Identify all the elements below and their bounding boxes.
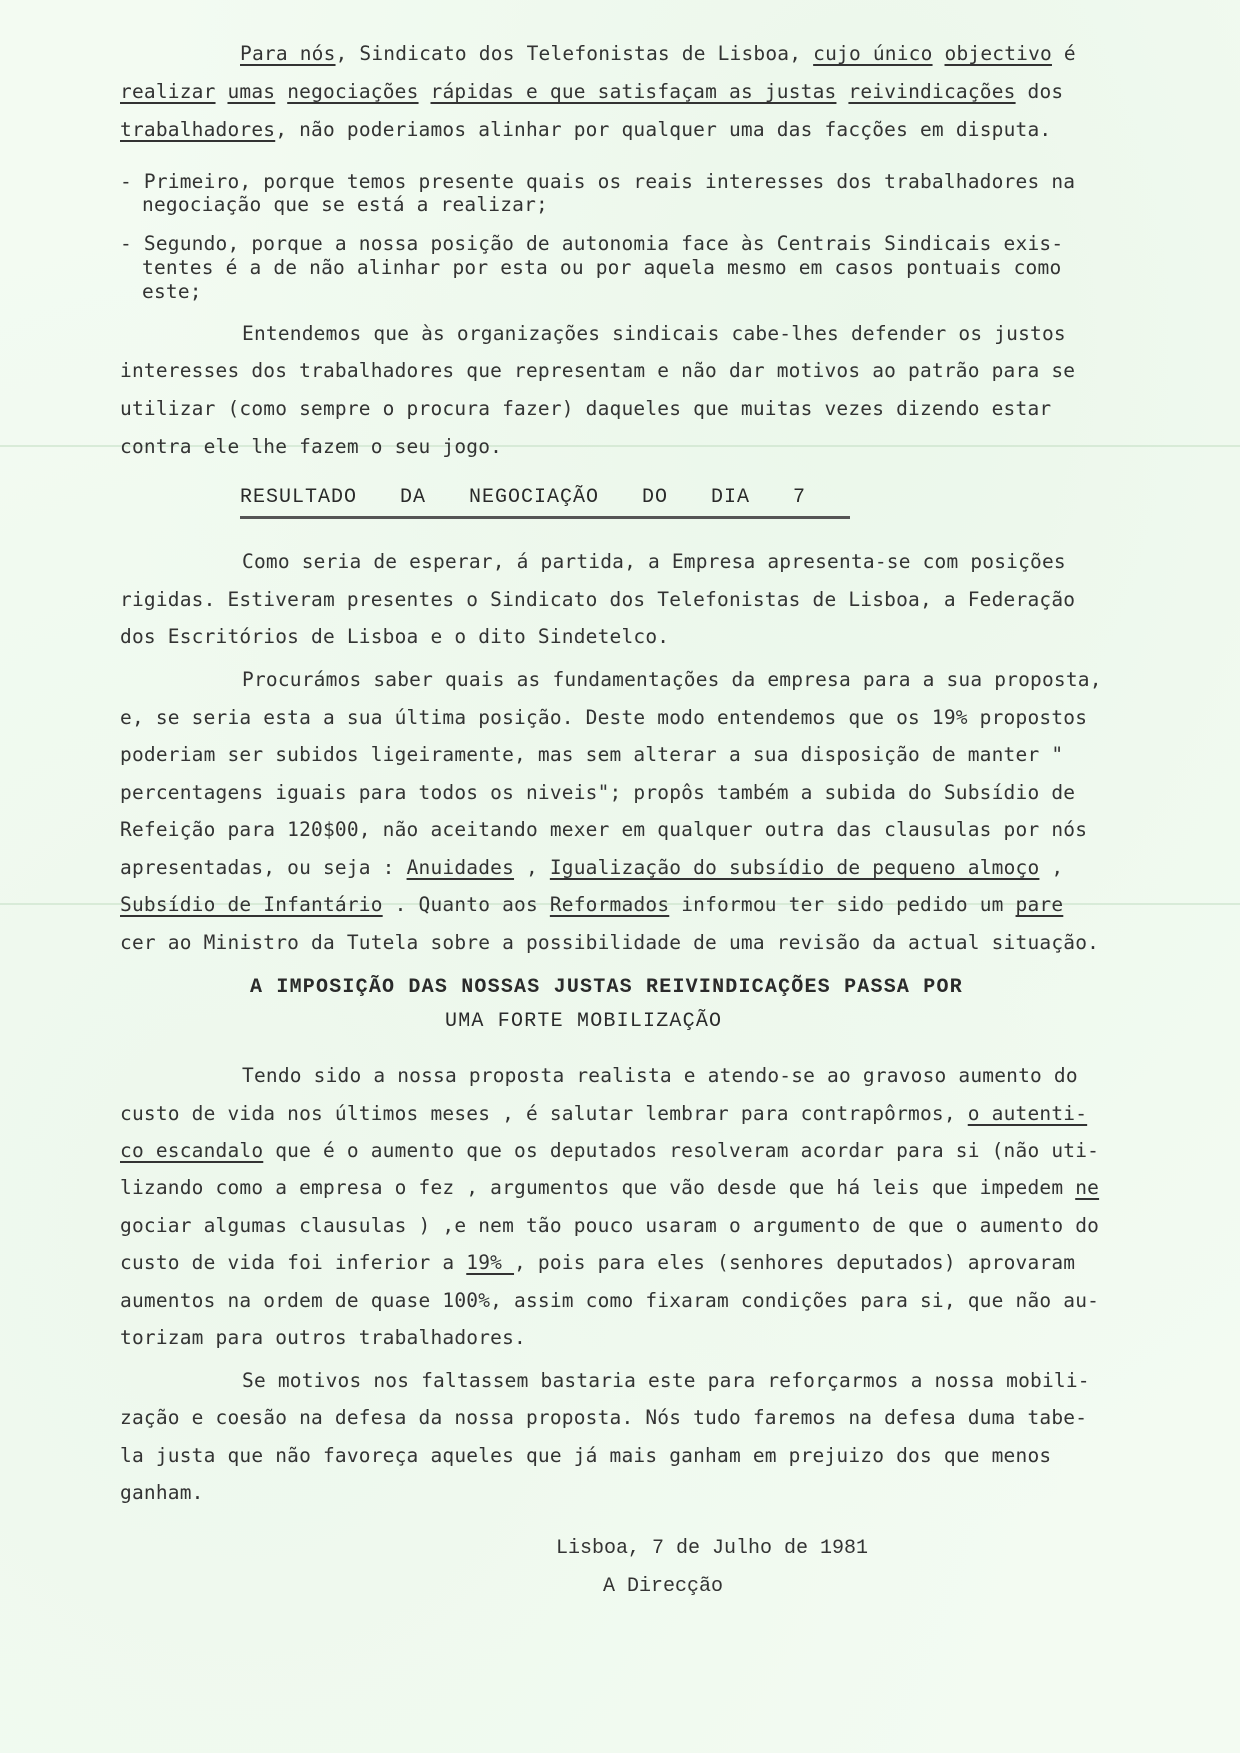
bullet-2-line-3: este;	[142, 280, 202, 304]
paragraph-4-line-7: Subsídio de Infantário . Quanto aos Refo…	[120, 893, 1063, 917]
paragraph-5-line-7: aumentos na ordem de quase 100%, assim c…	[120, 1289, 1099, 1313]
paragraph-3-line-3: dos Escritórios de Lisboa e o dito Sinde…	[120, 625, 669, 649]
paragraph-6-line-2: zação e coesão na defesa da nossa propos…	[120, 1406, 1087, 1430]
section-heading-imposicao-line-2: UMA FORTE MOBILIZAÇÃO	[445, 1010, 722, 1034]
text-span: custo de vida foi inferior a	[120, 1251, 466, 1274]
paragraph-4-line-2: e, se seria esta a sua última posição. D…	[120, 706, 1087, 730]
paragraph-4-line-1: Procurámos saber quais as fundamentações…	[242, 668, 1102, 692]
section-heading-resultado: RESULTADO DA NEGOCIAÇÃO DO DIA 7	[240, 486, 850, 519]
underlined-text: negociações	[287, 80, 418, 103]
underlined-text: rápidas e que satisfaçam as justas	[431, 80, 837, 103]
paragraph-1-line-3: trabalhadores, não poderiamos alinhar po…	[120, 118, 1051, 142]
signature-author: A Direcção	[603, 1575, 723, 1598]
text-span: , pois para eles (senhores deputados) ap…	[514, 1251, 1075, 1274]
text-span: , Sindicato dos Telefonistas de Lisboa,	[336, 42, 814, 65]
text-span: apresentadas, ou seja :	[120, 856, 407, 879]
paragraph-5-line-5: gociar algumas clausulas ) ,e nem tão po…	[120, 1214, 1099, 1238]
text-span: ,	[514, 856, 550, 879]
text-span: ,	[1039, 856, 1063, 879]
paragraph-6-line-4: ganham.	[120, 1481, 204, 1505]
paragraph-6-line-3: la justa que não favoreça aqueles que já…	[120, 1444, 1051, 1468]
underlined-text: pare	[1016, 893, 1064, 916]
bullet-1-line-1: - Primeiro, porque temos presente quais …	[120, 170, 1075, 194]
text-span	[933, 42, 945, 65]
text-span: custo de vida nos últimos meses , é salu…	[120, 1102, 968, 1125]
text-span: lizando como a empresa o fez , argumento…	[120, 1176, 1075, 1199]
paragraph-5-line-6: custo de vida foi inferior a 19% , pois …	[120, 1251, 1075, 1275]
paragraph-5-line-1: Tendo sido a nossa proposta realista e a…	[242, 1064, 1078, 1088]
underlined-text: reivindicações	[848, 80, 1015, 103]
text-span: é	[1052, 42, 1076, 65]
place-and-date: Lisboa, 7 de Julho de 1981	[556, 1537, 868, 1560]
underlined-text: o autenti-	[968, 1102, 1087, 1125]
paragraph-2-line-4: contra ele lhe fazem o seu jogo.	[120, 435, 502, 459]
paragraph-2-line-1: Entendemos que às organizações sindicais…	[242, 322, 1066, 346]
underlined-text: objectivo	[945, 42, 1052, 65]
text-span: que é o aumento que os deputados resolve…	[263, 1139, 1099, 1162]
paragraph-1-line-2: realizar umas negociações rápidas e que …	[120, 80, 1063, 104]
paragraph-1-line-1: Para nós, Sindicato dos Telefonistas de …	[240, 42, 1076, 66]
paragraph-5-line-2: custo de vida nos últimos meses , é salu…	[120, 1102, 1087, 1126]
underlined-text: Anuidades	[407, 856, 514, 879]
underlined-text: realizar	[120, 80, 216, 103]
text-span: dos	[1016, 80, 1064, 103]
paragraph-4-line-4: percentagens iguais para todos os niveis…	[120, 781, 1075, 805]
underlined-text: co escandalo	[120, 1139, 263, 1162]
underlined-text: Igualização do subsídio de pequeno almoç…	[550, 856, 1040, 879]
text-span: . Quanto aos	[383, 893, 550, 916]
text-span	[836, 80, 848, 103]
paragraph-5-line-3: co escandalo que é o aumento que os depu…	[120, 1139, 1099, 1163]
underlined-text: Para nós	[240, 42, 336, 65]
underlined-text: umas	[227, 80, 275, 103]
document-page: Para nós, Sindicato dos Telefonistas de …	[0, 0, 1240, 1753]
text-span	[419, 80, 431, 103]
underlined-text: 19%	[466, 1251, 514, 1274]
paragraph-6-line-1: Se motivos nos faltassem bastaria este p…	[242, 1369, 1090, 1393]
text-span: , não poderiamos alinhar por qualquer um…	[275, 118, 1051, 141]
underlined-text: cujo único	[813, 42, 932, 65]
underlined-text: Subsídio de Infantário	[120, 893, 383, 916]
paragraph-3-line-2: rigidas. Estiveram presentes o Sindicato…	[120, 588, 1075, 612]
bullet-2-line-2: tentes é a de não alinhar por esta ou po…	[142, 256, 1061, 280]
underlined-text: trabalhadores	[120, 118, 275, 141]
paragraph-4-line-8: cer ao Ministro da Tutela sobre a possib…	[120, 931, 1099, 955]
text-span: informou ter sido pedido um	[669, 893, 1015, 916]
underlined-text: ne	[1075, 1176, 1099, 1199]
text-span	[275, 80, 287, 103]
paragraph-4-line-3: poderiam ser subidos ligeiramente, mas s…	[120, 743, 1063, 767]
paragraph-5-line-4: lizando como a empresa o fez , argumento…	[120, 1176, 1099, 1200]
text-span	[216, 80, 228, 103]
paragraph-2-line-2: interesses dos trabalhadores que represe…	[120, 359, 1075, 383]
paragraph-4-line-5: Refeição para 120$00, não aceitando mexe…	[120, 818, 1087, 842]
underlined-text: Reformados	[550, 893, 669, 916]
paragraph-2-line-3: utilizar (como sempre o procura fazer) d…	[120, 397, 1051, 421]
bullet-1-line-2: negociação que se está a realizar;	[142, 193, 548, 217]
section-heading-imposicao-line-1: A IMPOSIÇÃO DAS NOSSAS JUSTAS REIVINDICA…	[250, 976, 963, 1000]
paragraph-5-line-8: torizam para outros trabalhadores.	[120, 1326, 526, 1350]
paragraph-4-line-6: apresentadas, ou seja : Anuidades , Igua…	[120, 856, 1063, 880]
bullet-2-line-1: - Segundo, porque a nossa posição de aut…	[120, 232, 1063, 256]
paragraph-3-line-1: Como seria de esperar, á partida, a Empr…	[242, 550, 1066, 574]
